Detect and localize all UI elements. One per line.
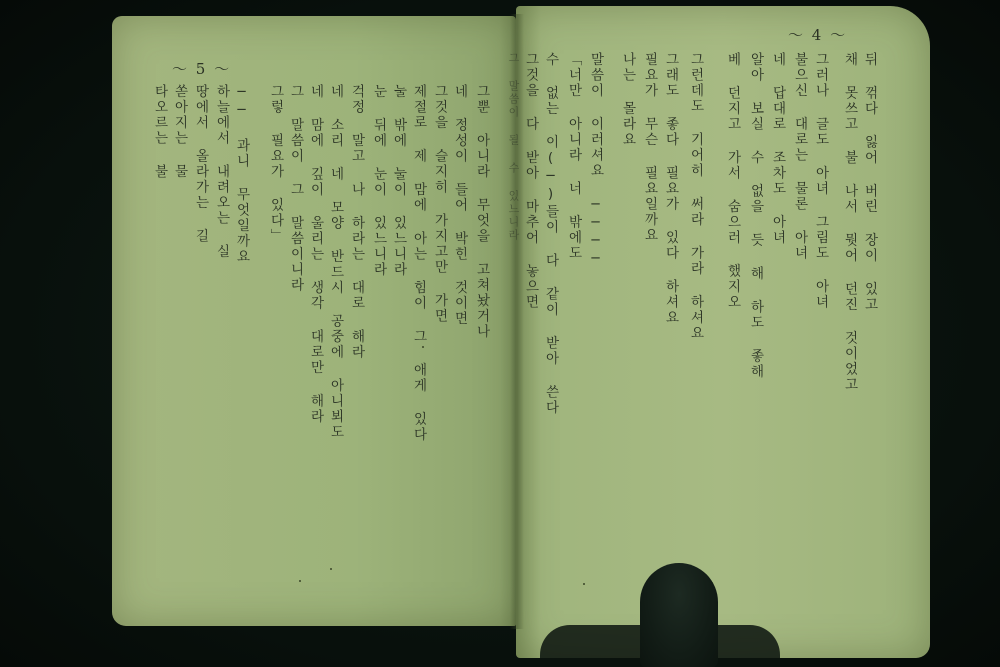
paper-speck <box>299 580 301 582</box>
text-column: 네 맘에 깊이 울리는 생각 대로만 해라 <box>308 84 322 425</box>
text-column: 네 소리 네 모양 반드시 공중에 아니뵈도 <box>328 84 342 440</box>
text-column: 그런데도 기어히 써라 가라 하셔요 <box>688 52 702 341</box>
text-column: 네 정성이 들어 박힌 것이면 <box>452 84 466 327</box>
text-column: 그뿐 아니라 무엇을 고쳐놨거나 <box>474 84 488 340</box>
text-column: 네 답대로 조차도 아녀 <box>770 52 784 246</box>
right-page-number: ～ 4 ～ <box>788 24 847 45</box>
text-column-bleedthrough: 그 말씀이 될 수 있느니라 <box>508 52 519 242</box>
left-page-number: ～ 5 ～ <box>172 58 231 79</box>
text-column: 그 말씀이 그 말씀이니라 <box>288 84 302 293</box>
text-column: 필요가 무슨 필요일까요 <box>642 52 656 243</box>
text-column: 수 없는 이(─)들이 다 같이 받아 쓴다 <box>543 52 557 416</box>
text-column: 불으신 대로는 물론 아녀 <box>792 52 806 261</box>
text-column: 쏟아지는 물 <box>172 84 186 180</box>
paper-speck <box>330 568 332 570</box>
bookmark-ribbon <box>640 563 718 667</box>
text-column: 베 던지고 가서 숨으러 했지오 <box>725 52 739 310</box>
text-column: 눌 밖에 눌이 있느니라 <box>391 84 405 278</box>
text-column: 나는 몰라요 <box>620 52 634 148</box>
text-column: 말씀이 이러셔요 ──── <box>588 52 602 269</box>
text-column: 제절로 제 맘에 아는 힘이 그 애게 있다 <box>411 84 425 443</box>
text-column: 걱정 말고 나 하라는 대로 해라 <box>349 84 363 360</box>
text-column: 눈 뒤에 눈이 있느니라 <box>371 84 385 278</box>
text-column: 뒤 꺾다 잃어 버린 장이 있고 <box>862 52 876 313</box>
paper-speck <box>583 583 585 585</box>
text-column: 그것을 다 받아 마추어 놓으면 <box>523 52 537 310</box>
text-column: 그래도 좋다 필요가 있다 하셔요 <box>663 52 677 326</box>
text-column: 그러나 글도 아녀 그림도 아녀 <box>813 52 827 310</box>
text-column: 타오르는 불 <box>152 84 166 180</box>
text-column: 땅에서 올라가는 길 <box>193 84 207 244</box>
text-column: 그것을 슬지히 가지고만 가면 <box>432 84 446 324</box>
text-column: 채 못쓰고 불 나서 뭣어 던진 것이었고 <box>842 52 856 393</box>
text-column: 알아 보실 수 없을 듯 해 하도 좋해 <box>748 52 762 380</box>
text-column: 그렇 필요가 있다」 <box>268 84 282 244</box>
text-column: 「너만 아니라 너 밖에도 <box>566 52 580 261</box>
text-column: 하늘에서 내려오는 실 <box>214 84 228 260</box>
paper-speck <box>422 346 424 348</box>
text-column: ── 과니 무엇일까요 <box>234 84 248 265</box>
